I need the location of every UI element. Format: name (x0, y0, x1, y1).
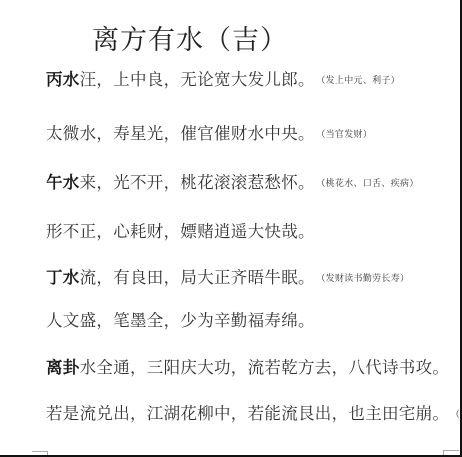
verse-note: （当官发财） (321, 130, 372, 140)
verse-note: （发上中元、利子） (321, 76, 400, 86)
verse-text: 人文盛，笔墨全，少为辛勤福寿绵。 (46, 311, 315, 330)
verse-text: 若是流兑出，江湖花柳中，若能流艮出，也主田宅崩。 (46, 404, 449, 423)
verse-text: 水全通，三阳庆大功，流若乾方去，八代诗书攻。 (80, 358, 450, 377)
verse-line-7: 离卦水全通，三阳庆大功，流若乾方去，八代诗书攻。 (46, 354, 455, 378)
page-title: 离方有水（吉） (92, 18, 288, 57)
verse-line-2: 太微水，寿星光，催官催财水中央。（当官发财） (46, 120, 372, 144)
verse-lead: 丙水 (46, 70, 80, 89)
verse-text: 形不正，心耗财，嫖赌逍遥大快哉。 (46, 222, 315, 241)
verse-lead: 丁水 (46, 268, 80, 287)
verse-line-8: 若是流兑出，江湖花柳中，若能流艮出，也主田宅崩。（巽震） (46, 400, 462, 424)
verse-note: （发财读书勤劳长寿） (321, 274, 410, 284)
page-corner-mark-right (443, 450, 459, 451)
verse-lead: 午水 (46, 173, 80, 192)
verse-text: 太微水，寿星光，催官催财水中央。 (46, 124, 315, 143)
verse-text: 流，有良田，局大正齐晤牛眠。 (80, 268, 315, 287)
verse-line-3: 午水来，光不开，桃花滚滚惹愁怀。（桃花水、口舌、疾病） (46, 169, 419, 193)
verse-line-1: 丙水汪，上中良，无论宽大发儿郎。（发上中元、利子） (46, 66, 400, 90)
verse-lead: 离卦 (46, 358, 80, 377)
page-corner-mark-left (32, 451, 48, 452)
verse-text: 来，光不开，桃花滚滚惹愁怀。 (80, 173, 315, 192)
verse-note: （桃花水、口舌、疾病） (321, 179, 419, 189)
verse-line-5: 丁水流，有良田，局大正齐晤牛眠。（发财读书勤劳长寿） (46, 264, 409, 288)
document-page: 离方有水（吉） 丙水汪，上中良，无论宽大发儿郎。（发上中元、利子） 太微水，寿星… (0, 0, 460, 455)
verse-line-6: 人文盛，笔墨全，少为辛勤福寿绵。 (46, 307, 321, 331)
verse-text: 汪，上中良，无论宽大发儿郎。 (80, 70, 315, 89)
verse-line-4: 形不正，心耗财，嫖赌逍遥大快哉。 (46, 218, 321, 242)
